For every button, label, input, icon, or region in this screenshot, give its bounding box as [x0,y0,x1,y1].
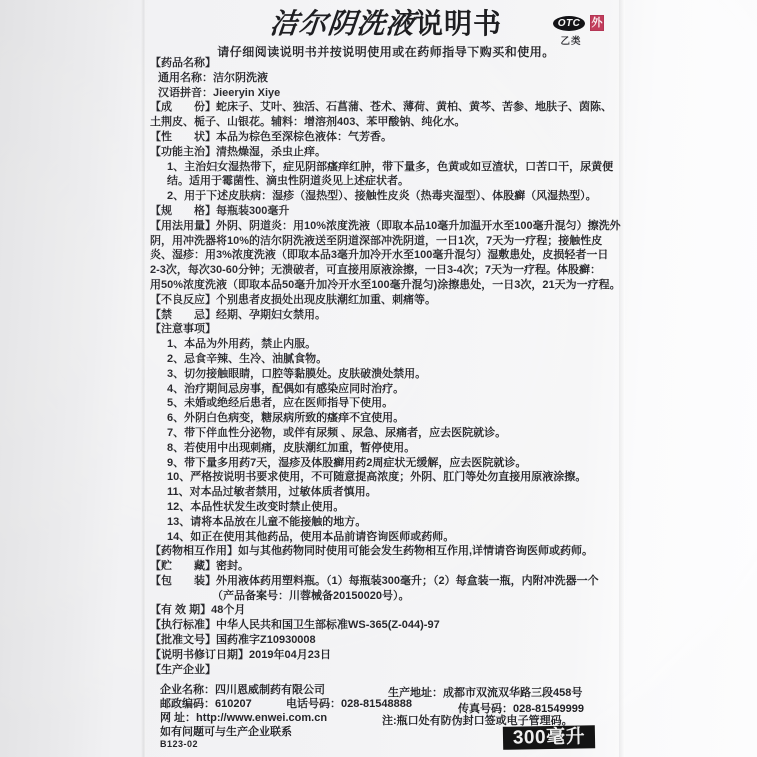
doc-line: 用50%浓度洗液（即取本品50毫升加冷开水至100毫升混匀)涂擦患处，一日3次，… [150,278,628,293]
doc-line: 11、对本品过敏者禁用，过敏体质者慎用。 [150,485,628,500]
otc-class-label: 乙类 [556,33,586,47]
doc-line: （产品备案号：川蓉械备20150020号）。 [150,589,628,604]
doc-line: 1、本品为外用药，禁止内服。 [150,337,628,352]
external-use-mark-icon: 外 [590,15,604,31]
doc-line: 【功能主治】清热燥湿，杀虫止痒。 [150,145,628,160]
doc-line: 【说明书修订日期】2019年04月23日 [150,648,628,663]
doc-line: 【禁 忌】经期、孕期妇女禁用。 [150,308,628,323]
doc-line: 【生产企业】 [150,663,628,678]
doc-line: 结。适用于霉菌性、滴虫性阴道炎见上述症状者。 [150,174,628,189]
doc-line: 【有 效 期】48个月 [150,603,628,618]
doc-line: 【成 份】蛇床子、艾叶、独活、石菖蒲、苍术、薄荷、黄柏、黄芩、苦参、地肤子、茵陈… [150,100,628,115]
doc-line: 【不良反应】个别患者皮损处出现皮肤潮红加重、刺痛等。 [150,293,628,308]
doc-line: 汉语拼音：Jieeryin Xiye [150,86,628,101]
doc-line: 9、带下量多用药7天，湿疹及体股癣用药2周症状无缓解，应去医院就诊。 [150,456,628,471]
doc-line: 【规 格】每瓶装300毫升 [150,204,628,219]
doc-line: 【执行标准】中华人民共和国卫生部标准WS-365(Z-044)-97 [150,618,628,633]
doc-line: 14、如正在使用其他药品，使用本品前请咨询医师或药师。 [150,530,628,545]
volume-badge: 300毫升 [503,725,595,750]
doc-line: 12、本品性状发生改变时禁止使用。 [150,500,628,515]
doc-line: 【药物相互作用】如与其他药物同时使用可能会发生药物相互作用,详情请咨询医师或药师… [150,544,628,559]
page-title-suffix: 说明书 [415,8,502,39]
doc-line: 【注意事项】 [150,322,628,337]
leaflet-code: B123-02 [160,739,198,749]
doc-line: 10、严格按说明书要求使用，不可随意提高浓度；外阴、肛门等处勿直接用原液涂擦。 [150,470,628,485]
doc-line: 土荆皮、栀子、山银花。辅料：增溶剂403、苯甲酸钠、纯化水。 [150,115,628,130]
doc-line: 1、主治妇女湿热带下，症见阴部瘙痒红肿，带下量多，色黄或如豆渣状，口苦口干，尿黄… [150,160,628,175]
doc-line: 13、请将本品放在儿童不能接触的地方。 [150,515,628,530]
doc-line: 4、治疗期间忌房事，配偶如有感染应同时治疗。 [150,382,628,397]
manufacturer-block: 企业名称：四川恩威制药有限公司 生产地址：成都市双流双华路三段458号 邮政编码… [150,679,628,757]
page-title-brand: 洁尔阴洗液 [268,8,416,40]
doc-line: 炎、湿疹：用3%浓度洗液（即取本品3毫升加冷开水至100毫升混匀）湿敷患处，皮损… [150,248,628,263]
page-title: 洁尔阴洗液说明书 [150,8,622,40]
doc-line: 阴，用冲洗器将10%的洁尔阴洗液送至阴道深部冲洗阴道，一日1次，7天为一疗程；接… [150,234,628,249]
doc-line: 6、外阴白色病变，糖尿病所致的瘙痒不宜使用。 [150,411,628,426]
doc-line: 【性 状】本品为棕色至深棕色液体：气芳香。 [150,130,628,145]
doc-line: 5、未婚或绝经后患者，应在医师指导下使用。 [150,396,628,411]
mfr-contact-note: 如有问题可与生产企业联系 [160,723,292,739]
mfr-address: 生产地址：成都市双流双华路三段458号 [388,684,582,700]
doc-line: 通用名称：洁尔阴洗液 [150,71,628,86]
doc-line: 8、若使用中出现刺痛，皮肤潮红加重，暂停使用。 [150,441,628,456]
doc-line: 【药品名称】 [150,56,628,71]
doc-line: 【批准文号】国药准字Z10930008 [150,633,628,648]
doc-line: 2-3次，每次30-60分钟；无溃破者，可直接用原液涂擦，一日3-4次；7天为一… [150,263,628,278]
leaflet-header: 洁尔阴洗液说明书 请仔细阅读说明书并按说明使用或在药师指导下购买和使用。 [150,8,622,60]
doc-line: 2、用于下述皮肤病：湿疹（湿热型）、接触性皮炎（热毒夹湿型）、体股癣（风湿热型）… [150,189,628,204]
otc-badge-icon: OTC [553,16,585,31]
doc-line: 【贮 藏】密封。 [150,559,628,574]
doc-line: 【包 装】外用液体药用塑料瓶。（1）每瓶装300毫升；（2）每盒装一瓶，内附冲洗… [150,574,628,589]
doc-line: 2、忌食辛辣、生冷、油腻食物。 [150,352,628,367]
paper-fold-left [141,0,146,757]
doc-line: 3、切勿接触眼睛，口腔等黏膜处。皮肤破溃处禁用。 [150,367,628,382]
doc-line: 【用法用量】外阴、阴道炎：用10%浓度洗液（即取本品10毫升加温开水至100毫升… [150,219,628,234]
doc-line: 7、带下伴血性分泌物，或伴有尿频 、尿急、尿痛者，应去医院就诊。 [150,426,628,441]
leaflet-body: 【药品名称】 通用名称：洁尔阴洗液 汉语拼音：Jieeryin Xiye 【成 … [150,56,628,677]
leaflet-photo: 洁尔阴洗液说明书 请仔细阅读说明书并按说明使用或在药师指导下购买和使用。 OTC… [0,0,757,757]
